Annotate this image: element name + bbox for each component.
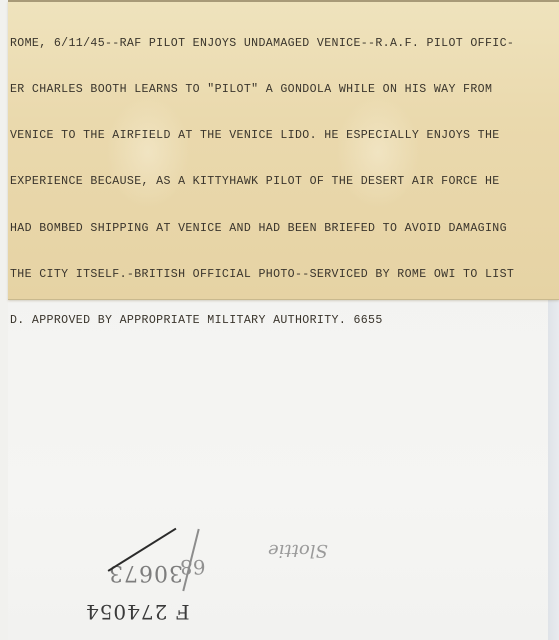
caption-line: ER CHARLES BOOTH LEARNS TO "PILOT" A GON… (10, 82, 558, 97)
handwritten-catalog-number: F 274054 (85, 600, 190, 624)
caption-slip: ROME, 6/11/45--RAF PILOT ENJOYS UNDAMAGE… (8, 0, 559, 299)
handwritten-suffix: 68 (180, 555, 205, 579)
scan-left-margin (0, 0, 8, 640)
caption-line: VENICE TO THE AIRFIELD AT THE VENICE LID… (10, 128, 558, 143)
caption-line: ROME, 6/11/45--RAF PILOT ENJOYS UNDAMAGE… (10, 36, 558, 51)
caption-line: THE CITY ITSELF.-BRITISH OFFICIAL PHOTO-… (10, 267, 558, 282)
caption-text: ROME, 6/11/45--RAF PILOT ENJOYS UNDAMAGE… (10, 5, 558, 359)
caption-line: D. APPROVED BY APPROPRIATE MILITARY AUTH… (10, 313, 558, 328)
caption-line: EXPERIENCE BECAUSE, AS A KITTYHAWK PILOT… (10, 174, 558, 189)
handwritten-word: Slottie (268, 540, 328, 561)
caption-line: HAD BOMBED SHIPPING AT VENICE AND HAD BE… (10, 221, 558, 236)
